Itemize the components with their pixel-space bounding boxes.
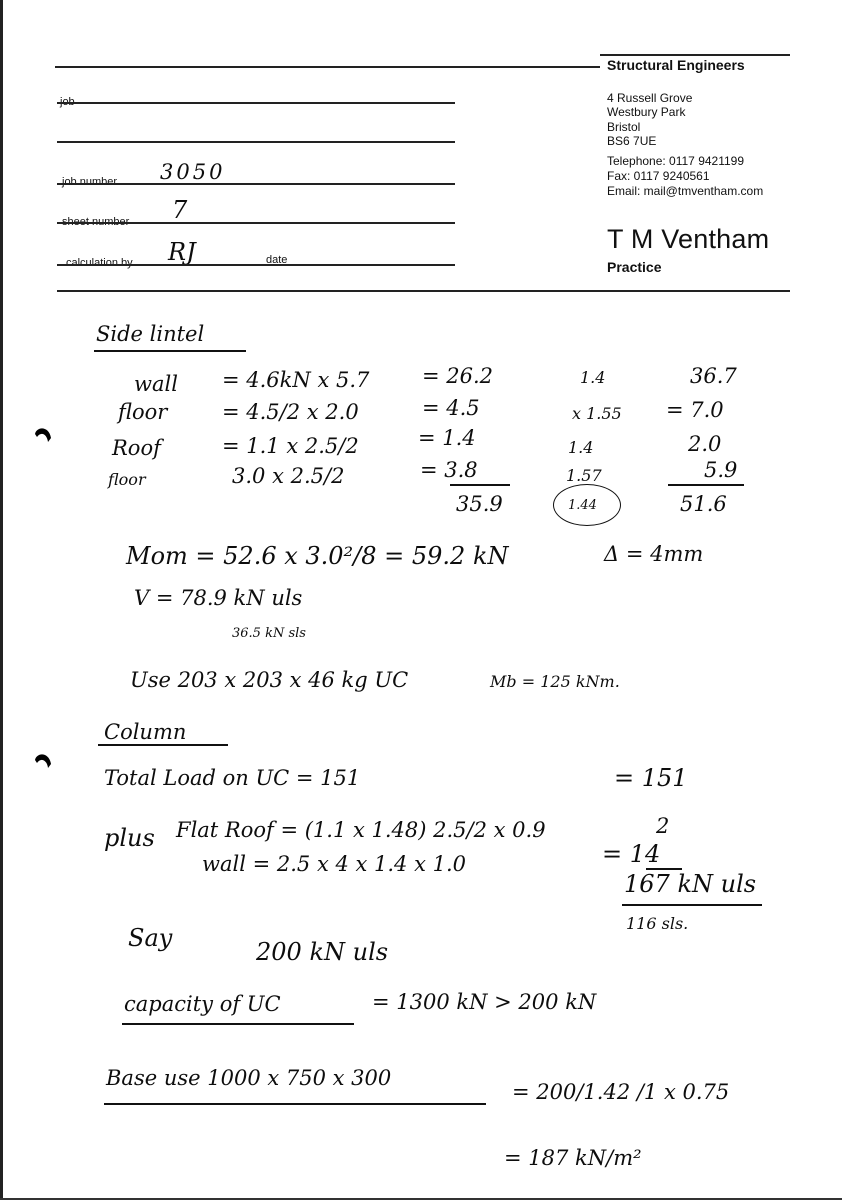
load-result: = 3.8	[420, 458, 478, 482]
base-spec: Base use 1000 x 750 x 300	[106, 1066, 391, 1090]
flat-roof-value: 2	[656, 814, 669, 838]
calculation-by-signature[interactable]: RJ	[168, 238, 196, 266]
brand-subtitle: Practice	[607, 259, 661, 275]
total-load-value: = 151	[614, 764, 688, 792]
shear-uls: V = 78.9 kN uls	[134, 586, 302, 610]
job-number-label: job number	[62, 176, 117, 188]
sum-line	[668, 484, 744, 486]
shear-sls: 36.5 kN sls	[232, 626, 306, 641]
address-line-3: Bristol	[607, 120, 640, 134]
fax: Fax: 0117 9240561	[607, 169, 710, 183]
load-factored: 5.9	[704, 458, 737, 482]
load-result: = 1.4	[418, 426, 476, 450]
sheet-number-value[interactable]: 7	[172, 196, 187, 224]
load-factored: = 7.0	[666, 398, 724, 422]
moment-capacity: Mb = 125 kNm.	[490, 672, 620, 691]
load-expr: = 4.5/2 x 2.0	[222, 400, 359, 424]
job-field-line-2[interactable]	[57, 141, 455, 143]
wall-value: = 14	[602, 840, 660, 868]
column-heading: Column	[104, 720, 186, 744]
load-factor: 1.4	[568, 438, 593, 457]
sum-line	[622, 904, 762, 906]
address-line-2: Westbury Park	[607, 105, 685, 119]
base-underline	[104, 1103, 486, 1105]
heading-underline	[98, 744, 228, 746]
telephone: Telephone: 0117 9421199	[607, 154, 744, 168]
job-number-line[interactable]	[57, 183, 455, 185]
heading-underline	[94, 350, 246, 352]
total-load: Total Load on UC = 151	[104, 766, 360, 790]
calculation-line[interactable]	[57, 264, 455, 266]
header-top-rule-right	[600, 54, 790, 56]
punch-hole-icon	[33, 752, 53, 770]
sheet-number-line[interactable]	[57, 222, 455, 224]
load-item: floor	[118, 400, 167, 424]
load-result: = 26.2	[422, 364, 493, 388]
say-label: Say	[128, 924, 172, 952]
capacity-value: = 1300 kN > 200 kN	[372, 990, 596, 1014]
address-line-1: 4 Russell Grove	[607, 91, 692, 105]
load-expr: = 1.1 x 2.5/2	[222, 434, 359, 458]
load-factored: 2.0	[688, 432, 721, 456]
calculation-by-label: calculation by	[66, 257, 133, 269]
punch-hole-icon	[33, 426, 53, 444]
load-item: wall	[134, 372, 178, 396]
moment-calc: Mom = 52.6 x 3.0²/8 = 59.2 kN	[126, 542, 509, 570]
load-factor: 1.57	[566, 466, 602, 485]
section-choice: Use 203 x 203 x 46 kg UC	[130, 668, 408, 692]
flat-roof-calc: Flat Roof = (1.1 x 1.48) 2.5/2 x 0.9	[176, 818, 546, 842]
column-sum-sls: 116 sls.	[626, 914, 688, 933]
plus-label: plus	[104, 824, 155, 852]
load-item: floor	[108, 470, 146, 489]
load-factor: 1.4	[580, 368, 605, 387]
column-sum-uls: 167 kN uls	[624, 870, 756, 898]
capacity-label: capacity of UC	[124, 992, 281, 1016]
load-expr: = 4.6kN x 5.7	[222, 368, 369, 392]
side-lintel-heading: Side lintel	[96, 322, 204, 346]
deflection: Δ = 4mm	[604, 542, 703, 566]
base-pressure-result: = 187 kN/m²	[504, 1146, 642, 1170]
base-pressure-calc: = 200/1.42 /1 x 0.75	[512, 1080, 729, 1104]
job-field-line[interactable]	[57, 102, 455, 104]
job-number-value[interactable]: 3050	[160, 160, 225, 184]
page-edge	[0, 0, 3, 1200]
wall-calc: wall = 2.5 x 4 x 1.4 x 1.0	[202, 852, 466, 876]
load-expr: 3.0 x 2.5/2	[232, 464, 344, 488]
header-top-rule	[55, 66, 600, 68]
load-factored: 36.7	[690, 364, 737, 388]
firm-type: Structural Engineers	[607, 57, 745, 73]
sum-line	[450, 484, 510, 486]
load-total: 35.9	[456, 492, 503, 516]
capacity-underline	[122, 1023, 354, 1025]
load-factor: x 1.55	[572, 404, 622, 423]
avg-factor: 1.44	[568, 498, 597, 513]
load-result: = 4.5	[422, 396, 480, 420]
brand-name: T M Ventham	[607, 224, 769, 255]
say-value: 200 kN uls	[256, 938, 388, 966]
address-line-4: BS6 7UE	[607, 134, 656, 148]
email[interactable]: Email: mail@tmventham.com	[607, 184, 763, 198]
header-bottom-rule	[57, 290, 790, 292]
factored-total: 51.6	[680, 492, 727, 516]
load-item: Roof	[112, 436, 161, 460]
